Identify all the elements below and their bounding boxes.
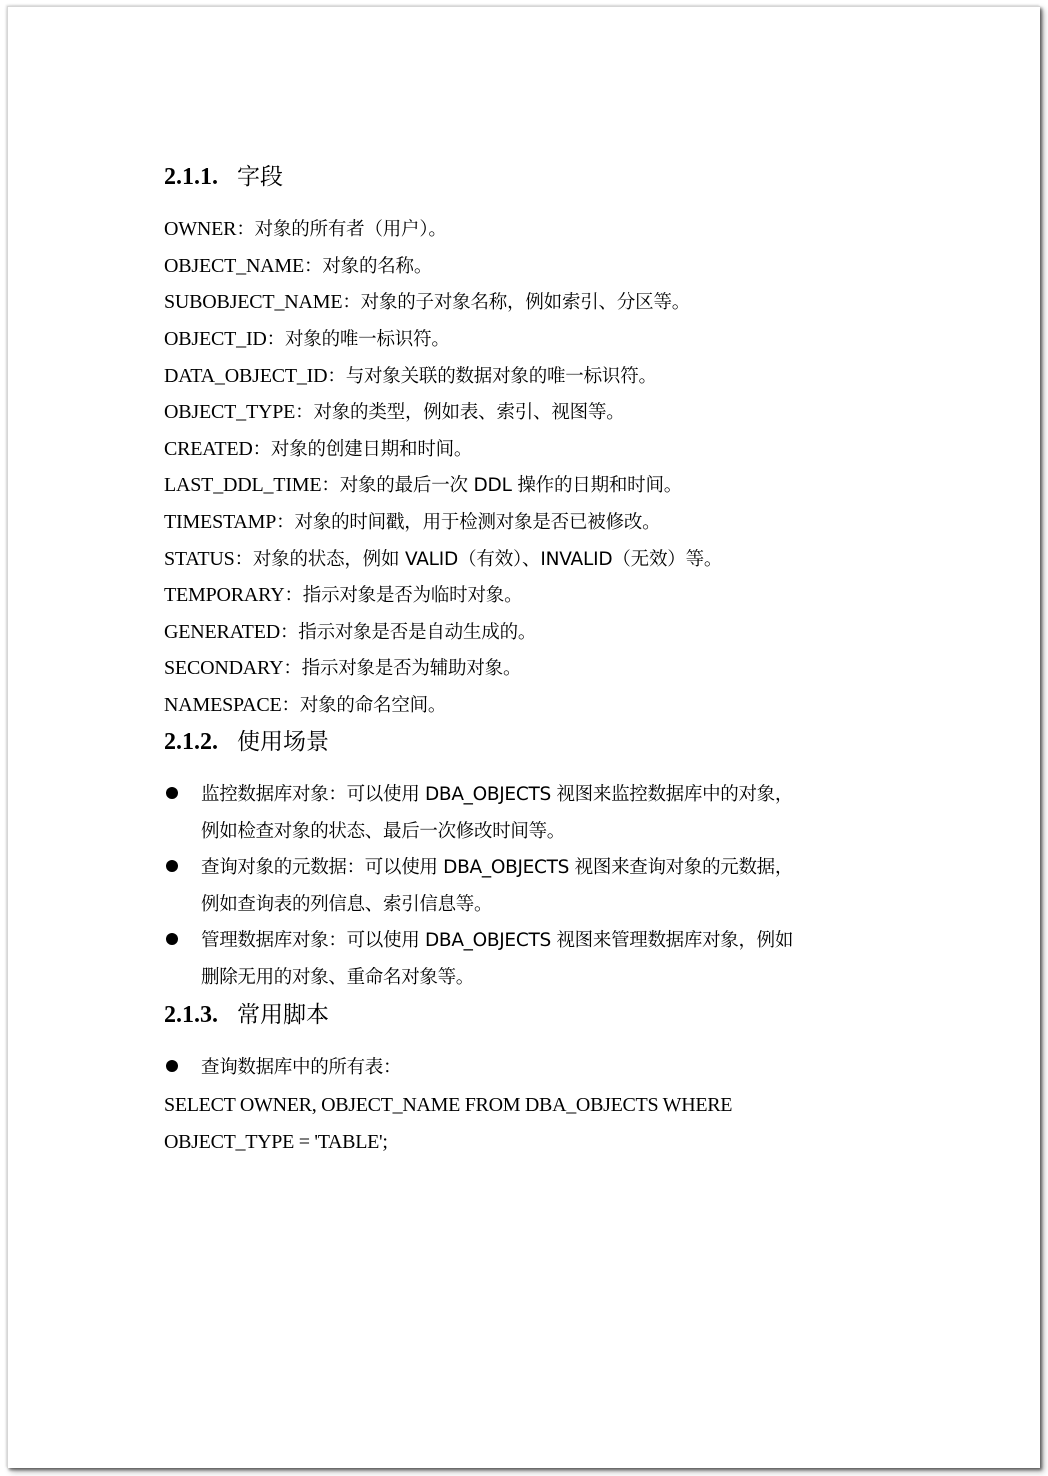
field-sep: ： — [267, 329, 285, 350]
field-key: OWNER — [164, 218, 236, 240]
field-item: STATUS：对象的状态，例如 VALID（有效）、INVALID（无效）等。 — [164, 546, 722, 573]
field-key: TEMPORARY — [164, 584, 284, 606]
scenario-item-line: 例如查询表的列信息、索引信息等。 — [201, 892, 492, 918]
field-desc: 对象的名称。 — [322, 256, 432, 277]
section-title: 字段 — [237, 164, 283, 190]
field-key: OBJECT_TYPE — [164, 401, 295, 423]
field-desc: 对象的命名空间。 — [300, 695, 446, 716]
field-sep: ： — [235, 549, 253, 570]
field-sep: ： — [284, 585, 302, 606]
bullet-icon — [166, 860, 178, 872]
field-sep: ： — [321, 475, 339, 496]
field-item: DATA_OBJECT_ID：与对象关联的数据对象的唯一标识符。 — [164, 363, 657, 390]
field-key: OBJECT_NAME — [164, 255, 304, 277]
field-item: OBJECT_NAME：对象的名称。 — [164, 253, 432, 280]
sql-code-line: OBJECT_TYPE = 'TABLE'; — [164, 1129, 388, 1155]
field-item: OBJECT_TYPE：对象的类型，例如表、索引、视图等。 — [164, 399, 625, 426]
field-desc: 对象的所有者（用户）。 — [255, 219, 447, 240]
sql-code-line: SELECT OWNER, OBJECT_NAME FROM DBA_OBJEC… — [164, 1092, 732, 1118]
section-number: 2.1.2. — [164, 727, 237, 757]
field-key: GENERATED — [164, 621, 280, 643]
field-item: CREATED：对象的创建日期和时间。 — [164, 436, 472, 463]
section-number: 2.1.1. — [164, 162, 237, 192]
field-item: GENERATED：指示对象是否是自动生成的。 — [164, 619, 536, 646]
field-desc: 指示对象是否是自动生成的。 — [298, 622, 536, 643]
field-item: LAST_DDL_TIME：对象的最后一次 DDL 操作的日期和时间。 — [164, 472, 682, 499]
section-title: 使用场景 — [237, 729, 329, 755]
field-key: SUBOBJECT_NAME — [164, 291, 342, 313]
field-sep: ： — [282, 695, 300, 716]
field-sep: ： — [276, 512, 294, 533]
section-number: 2.1.3. — [164, 1000, 237, 1030]
document-page — [7, 6, 1040, 1468]
bullet-icon — [166, 933, 178, 945]
field-key: DATA_OBJECT_ID — [164, 365, 327, 387]
field-desc: 对象的创建日期和时间。 — [271, 439, 472, 460]
field-key: LAST_DDL_TIME — [164, 474, 321, 496]
field-desc: 对象的子对象名称，例如索引、分区等。 — [361, 292, 690, 313]
field-item: SUBOBJECT_NAME：对象的子对象名称，例如索引、分区等。 — [164, 289, 690, 316]
field-sep: ： — [253, 439, 271, 460]
field-sep: ： — [327, 366, 345, 387]
field-desc: 对象的时间戳，用于检测对象是否已被修改。 — [294, 512, 660, 533]
field-key: SECONDARY — [164, 657, 283, 679]
field-sep: ： — [283, 658, 301, 679]
field-desc: 与对象关联的数据对象的唯一标识符。 — [346, 366, 657, 387]
field-key: CREATED — [164, 438, 253, 460]
section-heading-scenarios: 2.1.2.使用场景 — [164, 727, 329, 757]
scenario-item-line: 管理数据库对象：可以使用 DBA_OBJECTS 视图来管理数据库对象，例如 — [201, 928, 793, 954]
scenario-item-line: 删除无用的对象、重命名对象等。 — [201, 965, 474, 991]
field-item: NAMESPACE：对象的命名空间。 — [164, 692, 446, 719]
field-item: TEMPORARY：指示对象是否为临时对象。 — [164, 582, 522, 609]
field-key: OBJECT_ID — [164, 328, 267, 350]
field-desc: 指示对象是否为临时对象。 — [303, 585, 523, 606]
section-heading-scripts: 2.1.3.常用脚本 — [164, 1000, 329, 1030]
scenario-item-line: 例如检查对象的状态、最后一次修改时间等。 — [201, 819, 565, 845]
field-desc: 对象的唯一标识符。 — [285, 329, 450, 350]
field-sep: ： — [236, 219, 254, 240]
section-heading-fields: 2.1.1.字段 — [164, 162, 283, 192]
field-key: STATUS — [164, 548, 235, 570]
bullet-icon — [166, 787, 178, 799]
field-sep: ： — [342, 292, 360, 313]
field-key: NAMESPACE — [164, 694, 282, 716]
field-item: TIMESTAMP：对象的时间戳，用于检测对象是否已被修改。 — [164, 509, 661, 536]
field-sep: ： — [295, 402, 313, 423]
field-desc: 对象的状态，例如 VALID（有效）、INVALID（无效）等。 — [253, 549, 722, 570]
field-key: TIMESTAMP — [164, 511, 276, 533]
field-desc: 对象的类型，例如表、索引、视图等。 — [313, 402, 624, 423]
field-desc: 指示对象是否为辅助对象。 — [302, 658, 522, 679]
scenario-item-line: 查询对象的元数据：可以使用 DBA_OBJECTS 视图来查询对象的元数据， — [201, 855, 793, 881]
bullet-icon — [166, 1060, 178, 1072]
field-item: OBJECT_ID：对象的唯一标识符。 — [164, 326, 450, 353]
section-title: 常用脚本 — [237, 1002, 329, 1028]
field-item: SECONDARY：指示对象是否为辅助对象。 — [164, 655, 521, 682]
field-sep: ： — [304, 256, 322, 277]
field-sep: ： — [280, 622, 298, 643]
script-item-label: 查询数据库中的所有表： — [201, 1055, 401, 1081]
field-desc: 对象的最后一次 DDL 操作的日期和时间。 — [340, 475, 682, 496]
scenario-item-line: 监控数据库对象：可以使用 DBA_OBJECTS 视图来监控数据库中的对象， — [201, 782, 793, 808]
field-item: OWNER：对象的所有者（用户）。 — [164, 216, 447, 243]
